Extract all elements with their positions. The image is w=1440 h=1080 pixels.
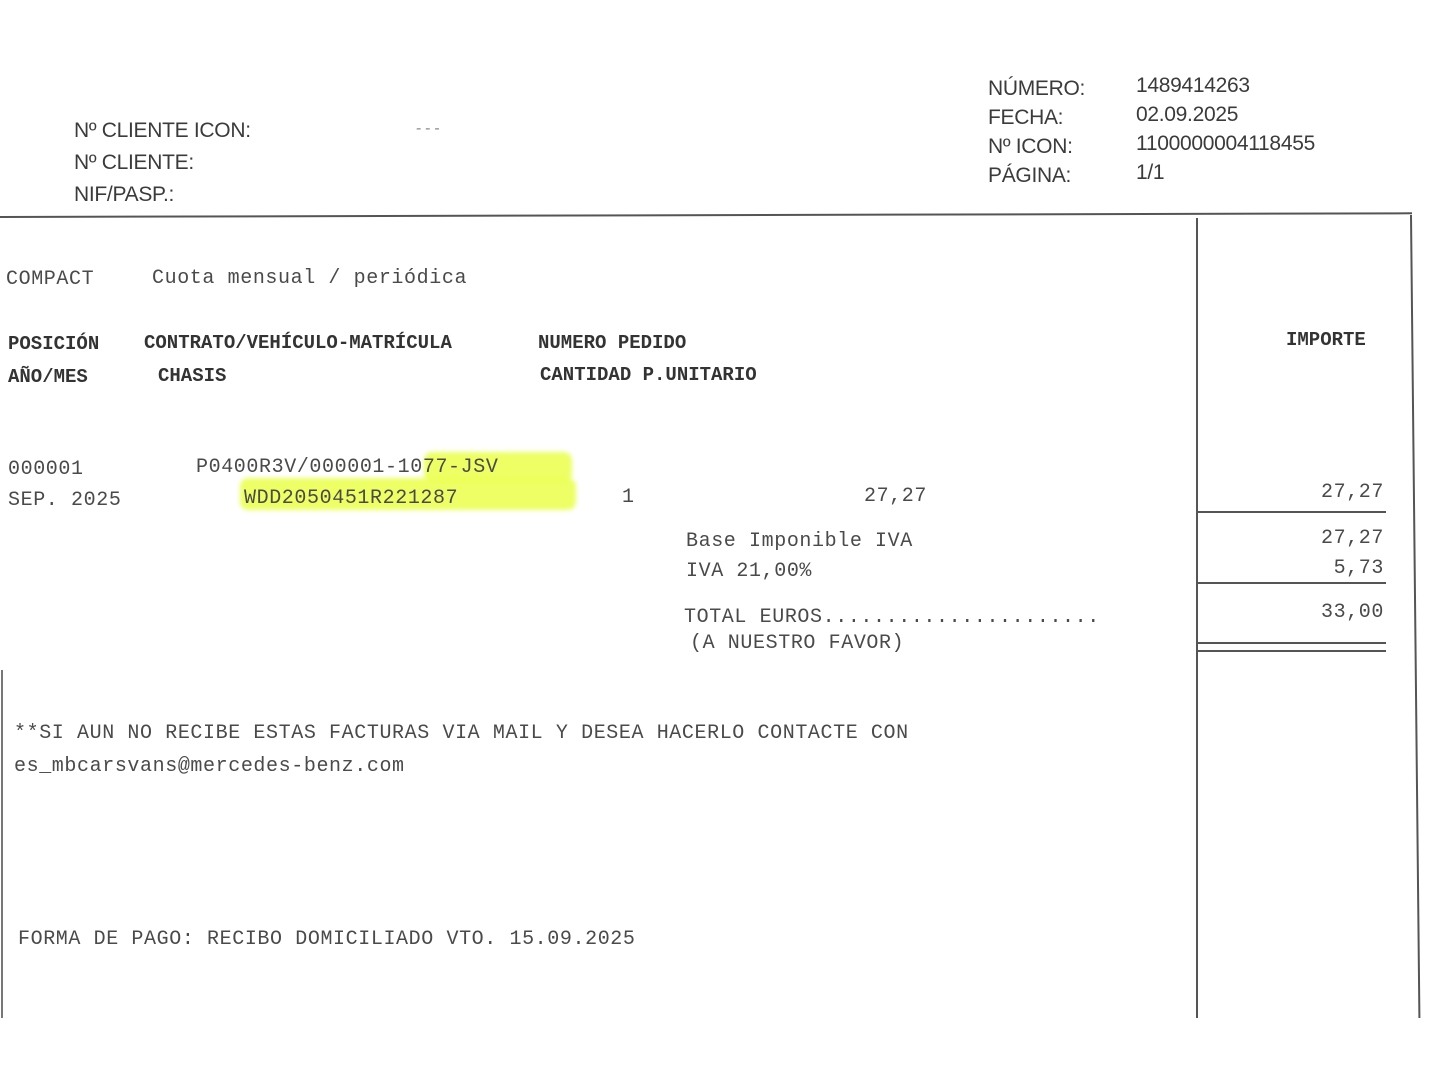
item-contrato-prefix: P0400R3V/000001- — [196, 456, 398, 479]
item-cantidad: 1 — [622, 486, 635, 509]
total-double-underline-2 — [1198, 650, 1386, 652]
item-posicion: 000001 — [8, 458, 84, 481]
item-chasis: WDD2050451R221287 — [244, 487, 458, 510]
col-numero-pedido: NUMERO PEDIDO — [538, 332, 686, 354]
col-posicion: POSICIÓN — [8, 333, 99, 355]
contact-email[interactable]: es_mbcarsvans@mercedes-benz.com — [14, 755, 405, 778]
importe-column-right-border — [1410, 215, 1420, 1018]
email-notice: **SI AUN NO RECIBE ESTAS FACTURAS VIA MA… — [14, 722, 909, 745]
item-precio-unitario: 27,27 — [864, 485, 927, 508]
icon-value: 1100000004118455 — [1136, 129, 1315, 158]
iva-label: IVA 21,00% — [686, 560, 812, 583]
line-item-underline — [1198, 511, 1386, 513]
cliente-icon-value: - - - — [416, 114, 439, 143]
col-importe: IMPORTE — [1286, 329, 1366, 351]
importe-column-left-border — [1196, 218, 1198, 1018]
pagina-label: PÁGINA: — [988, 161, 1071, 190]
fecha-label: FECHA: — [988, 103, 1063, 132]
total-double-underline-1 — [1198, 642, 1386, 644]
item-ano-mes: SEP. 2025 — [8, 489, 121, 512]
form-top-border — [0, 212, 1412, 218]
total-label: TOTAL EUROS...................... — [684, 606, 1100, 629]
col-ano-mes: AÑO/MES — [8, 366, 88, 388]
iva-value: 5,73 — [1334, 557, 1384, 580]
numero-label: NÚMERO: — [988, 74, 1085, 103]
product-description: Cuota mensual / periódica — [152, 267, 467, 290]
product-name: COMPACT — [6, 268, 94, 291]
item-importe: 27,27 — [1321, 481, 1384, 504]
form-left-border — [1, 670, 3, 1018]
fecha-value: 02.09.2025 — [1136, 100, 1238, 129]
total-value: 33,00 — [1321, 601, 1384, 624]
numero-value: 1489414263 — [1136, 71, 1250, 100]
total-sublabel: (A NUESTRO FAVOR) — [690, 632, 904, 655]
nif-label: NIF/PASP.: — [74, 180, 174, 209]
icon-label: Nº ICON: — [988, 132, 1073, 161]
cliente-icon-label: Nº CLIENTE ICON: — [74, 116, 251, 145]
payment-method: FORMA DE PAGO: RECIBO DOMICILIADO VTO. 1… — [18, 928, 636, 951]
base-imponible-value: 27,27 — [1321, 527, 1384, 550]
col-cantidad-unitario: CANTIDAD P.UNITARIO — [540, 364, 757, 386]
base-imponible-label: Base Imponible IVA — [686, 530, 913, 553]
pagina-value: 1/1 — [1136, 158, 1164, 187]
tax-underline — [1198, 582, 1386, 584]
item-matricula: 1077-JSV — [398, 456, 499, 479]
item-contrato: P0400R3V/000001-1077-JSV — [196, 456, 498, 479]
col-contrato: CONTRATO/VEHÍCULO-MATRÍCULA — [144, 332, 452, 354]
col-chasis: CHASIS — [158, 365, 226, 387]
cliente-label: Nº CLIENTE: — [74, 148, 194, 177]
